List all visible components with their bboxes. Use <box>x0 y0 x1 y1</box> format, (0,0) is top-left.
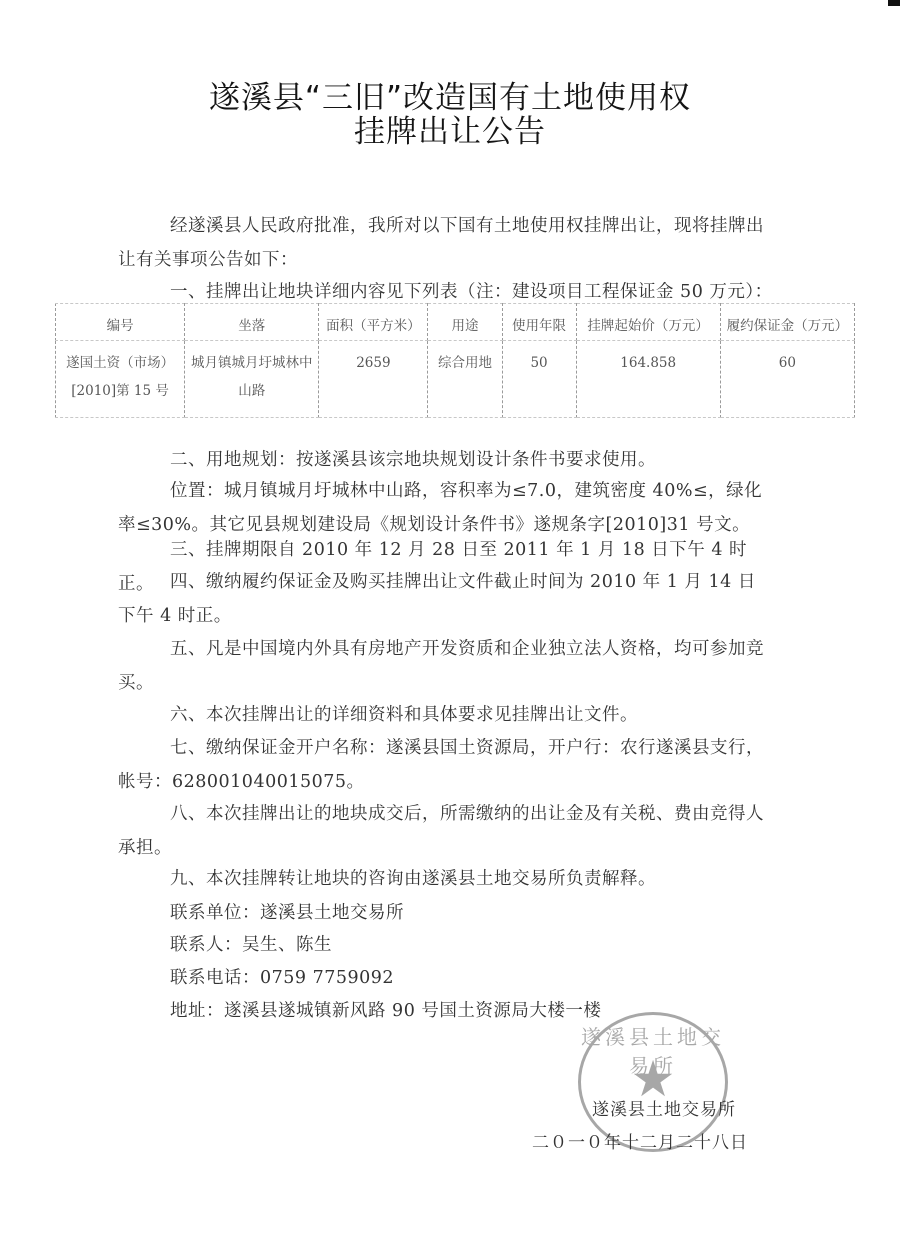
cell-id: 遂国土资（市场）[2010]第 15 号 <box>56 341 185 418</box>
section-7: 七、缴纳保证金开户名称：遂溪县国土资源局，开户行：农行遂溪县支行，帐号：6280… <box>118 731 768 799</box>
section-2: 二、用地规划：按遂溪县该宗地块规划设计条件书要求使用。 <box>118 443 768 477</box>
location-detail: 位置：城月镇城月圩城林中山路，容积率为≤7.0，建筑密度 40%≤，绿化率≤30… <box>118 474 768 542</box>
header-use: 用途 <box>428 304 502 341</box>
signature-org: 遂溪县土地交易所 <box>592 1095 736 1120</box>
cell-term: 50 <box>502 341 576 418</box>
table-header-row: 编号 坐落 面积（平方米） 用途 使用年限 挂牌起始价（万元） 履约保证金（万元… <box>56 304 855 341</box>
section-6: 六、本次挂牌出让的详细资料和具体要求见挂牌出让文件。 <box>118 698 768 732</box>
contact-phone: 联系电话：0759 7759092 <box>118 961 768 995</box>
cell-location: 城月镇城月圩城林中山路 <box>185 341 319 418</box>
cell-area: 2659 <box>319 341 428 418</box>
scan-corner-mark <box>888 0 900 6</box>
header-deposit: 履约保证金（万元） <box>720 304 854 341</box>
header-id: 编号 <box>56 304 185 341</box>
section-4: 四、缴纳履约保证金及购买挂牌出让文件截止时间为 2010 年 1 月 14 日下… <box>118 565 768 633</box>
section-9: 九、本次挂牌转让地块的咨询由遂溪县土地交易所负责解释。 <box>118 862 768 896</box>
header-start-price: 挂牌起始价（万元） <box>576 304 720 341</box>
contact-person: 联系人：吴生、陈生 <box>118 928 768 962</box>
header-area: 面积（平方米） <box>319 304 428 341</box>
land-parcel-table: 编号 坐落 面积（平方米） 用途 使用年限 挂牌起始价（万元） 履约保证金（万元… <box>55 303 855 418</box>
document-title-line2: 挂牌出让公告 <box>0 112 900 152</box>
cell-deposit: 60 <box>720 341 854 418</box>
intro-paragraph: 经遂溪县人民政府批准，我所对以下国有土地使用权挂牌出让，现将挂牌出让有关事项公告… <box>118 209 768 277</box>
contact-unit: 联系单位：遂溪县土地交易所 <box>118 896 768 930</box>
cell-start-price: 164.858 <box>576 341 720 418</box>
cell-use: 综合用地 <box>428 341 502 418</box>
signature-date: 二０一０年十二月二十八日 <box>532 1128 748 1153</box>
header-location: 坐落 <box>185 304 319 341</box>
section-5: 五、凡是中国境内外具有房地产开发资质和企业独立法人资格，均可参加竞买。 <box>118 632 768 700</box>
table-row: 遂国土资（市场）[2010]第 15 号 城月镇城月圩城林中山路 2659 综合… <box>56 341 855 418</box>
header-term: 使用年限 <box>502 304 576 341</box>
section-8: 八、本次挂牌出让的地块成交后，所需缴纳的出让金及有关税、费由竞得人承担。 <box>118 797 768 865</box>
